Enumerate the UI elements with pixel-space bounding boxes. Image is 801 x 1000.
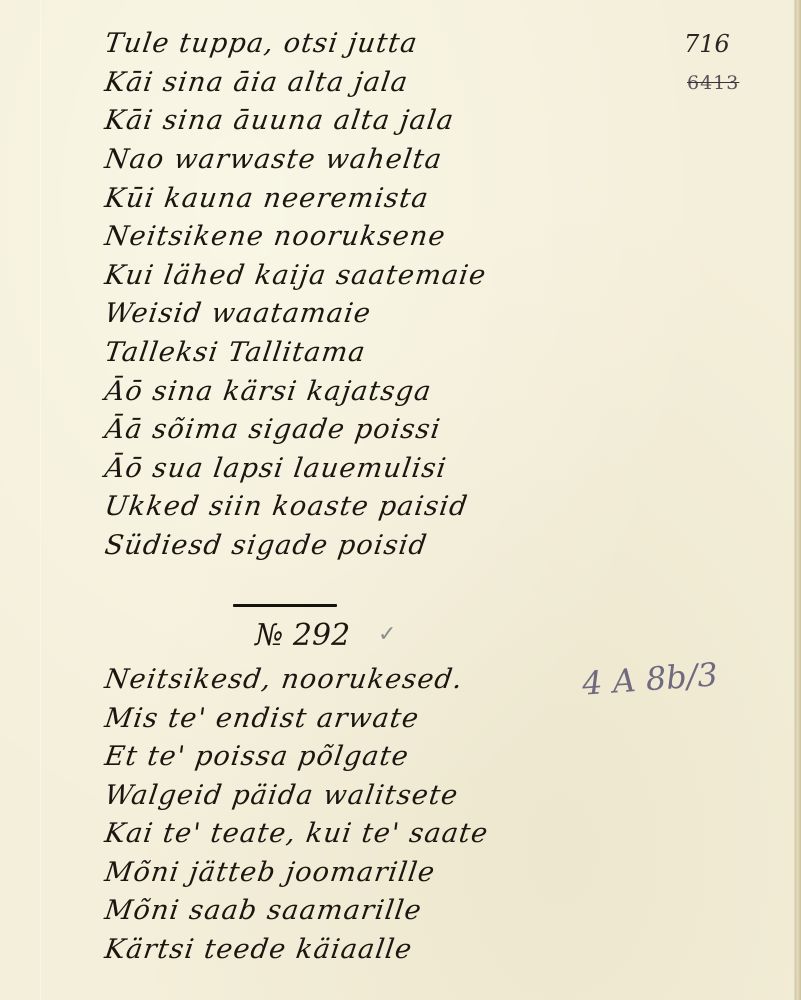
paper-fold xyxy=(40,0,41,1000)
folio-number: 716 xyxy=(684,30,730,58)
section-divider xyxy=(233,604,337,607)
verse-line: Kūi kauna neeremista xyxy=(103,185,431,212)
manuscript-page: 716 6413 Tule tuppa, otsi jutta Kāi sina… xyxy=(0,0,801,1000)
verse-line: Nao warwaste wahelta xyxy=(103,146,444,173)
verse-line: Ukked siin koaste paisid xyxy=(103,493,470,520)
verse-line: Kai te' teate, kui te' saate xyxy=(103,820,490,847)
verse-line: Kui lähed kaija saatemaie xyxy=(103,262,488,289)
verse-line: Āō sua lapsi lauemulisi xyxy=(103,455,449,482)
archive-reference-pencil: 4 A 8b/3 xyxy=(581,655,719,702)
verse-line: Südiesd sigade poisid xyxy=(103,532,429,559)
verse-line: Kärtsi teede käiaalle xyxy=(103,936,414,963)
verse-line: Neitsikene nooruksene xyxy=(103,223,448,250)
verse-line: Talleksi Tallitama xyxy=(103,339,368,366)
verse-line: Mis te' endist arwate xyxy=(103,705,421,732)
verse-line: Āō sina kärsi kajatsga xyxy=(103,378,434,405)
verse-line: Kāi sina āuuna alta jala xyxy=(103,107,456,134)
verse-line: Āā sõima sigade poissi xyxy=(103,416,443,443)
verse-line: Mõni saab saamarille xyxy=(103,897,424,924)
verse-line: Et te' poissa põlgate xyxy=(103,743,411,770)
check-mark-icon: ✓ xyxy=(378,622,396,647)
verse-line: Kāi sina āia alta jala xyxy=(103,69,410,96)
verse-line: Walgeid päida walitsete xyxy=(103,782,460,809)
page-edge xyxy=(794,0,801,1000)
verse-line: Neitsikesd, noorukesed. xyxy=(103,666,465,693)
struck-old-folio-number: 6413 xyxy=(687,72,739,94)
verse-line: Mõni jätteb joomarille xyxy=(103,859,437,886)
verse-line: Tule tuppa, otsi jutta xyxy=(103,30,420,57)
song-number-heading: № 292 xyxy=(255,618,350,653)
verse-line: Weisid waatamaie xyxy=(103,300,373,327)
